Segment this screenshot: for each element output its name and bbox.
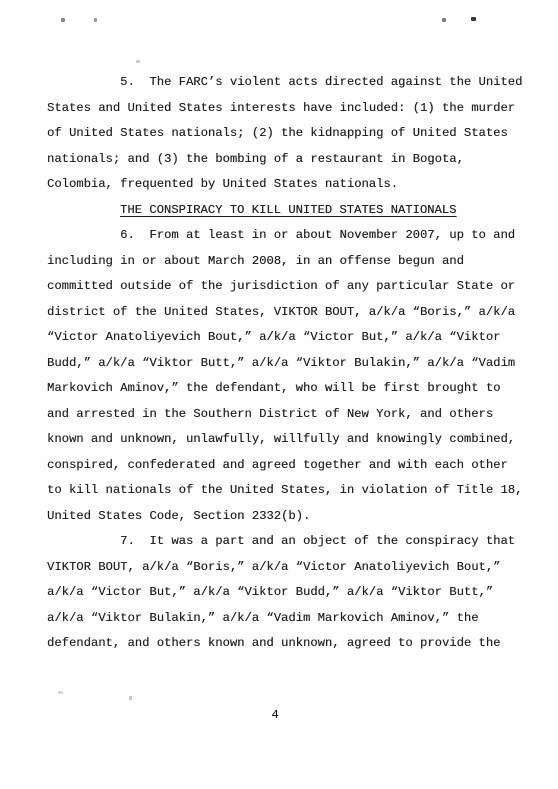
document-page: 5. The FARC’s violent acts directed agai…: [0, 0, 558, 789]
scan-speck: [129, 696, 132, 700]
scan-speck: [136, 60, 140, 63]
text-line: Markovich Aminov,” the defendant, who wi…: [47, 376, 527, 402]
scan-speck: [58, 691, 63, 694]
page-number: 4: [0, 703, 550, 729]
document-body: 5. The FARC’s violent acts directed agai…: [47, 70, 527, 657]
section-heading-text: THE CONSPIRACY TO KILL UNITED STATES NAT…: [120, 203, 456, 217]
scan-speck: [61, 18, 65, 22]
text-line: district of the United States, VIKTOR BO…: [47, 300, 527, 326]
text-line: committed outside of the jurisdiction of…: [47, 274, 527, 300]
text-line: of United States nationals; (2) the kidn…: [47, 121, 527, 147]
text-line: 7. It was a part and an object of the co…: [47, 529, 527, 555]
text-line: and arrested in the Southern District of…: [47, 402, 527, 428]
text-line: known and unknown, unlawfully, willfully…: [47, 427, 527, 453]
section-heading: THE CONSPIRACY TO KILL UNITED STATES NAT…: [47, 198, 527, 224]
text-line: conspired, confederated and agreed toget…: [47, 453, 527, 479]
text-line: to kill nationals of the United States, …: [47, 478, 527, 504]
scan-speck: [94, 18, 97, 22]
text-line: “Victor Anatoliyevich Bout,” a/k/a “Vict…: [47, 325, 527, 351]
text-line: including in or about March 2008, in an …: [47, 249, 527, 275]
text-line: Budd,” a/k/a “Viktor Butt,” a/k/a “Vikto…: [47, 351, 527, 377]
scan-speck: [471, 17, 476, 21]
text-line: 5. The FARC’s violent acts directed agai…: [47, 70, 527, 96]
scan-speck: [442, 18, 446, 22]
text-line: States and United States interests have …: [47, 96, 527, 122]
text-line: nationals; and (3) the bombing of a rest…: [47, 147, 527, 173]
text-line: a/k/a “Viktor Bulakin,” a/k/a “Vadim Mar…: [47, 606, 527, 632]
text-line: defendant, and others known and unknown,…: [47, 631, 527, 657]
text-line: 6. From at least in or about November 20…: [47, 223, 527, 249]
text-line: a/k/a “Victor But,” a/k/a “Viktor Budd,”…: [47, 580, 527, 606]
text-line: United States Code, Section 2332(b).: [47, 504, 527, 530]
text-line: Colombia, frequented by United States na…: [47, 172, 527, 198]
text-line: VIKTOR BOUT, a/k/a “Boris,” a/k/a “Victo…: [47, 555, 527, 581]
